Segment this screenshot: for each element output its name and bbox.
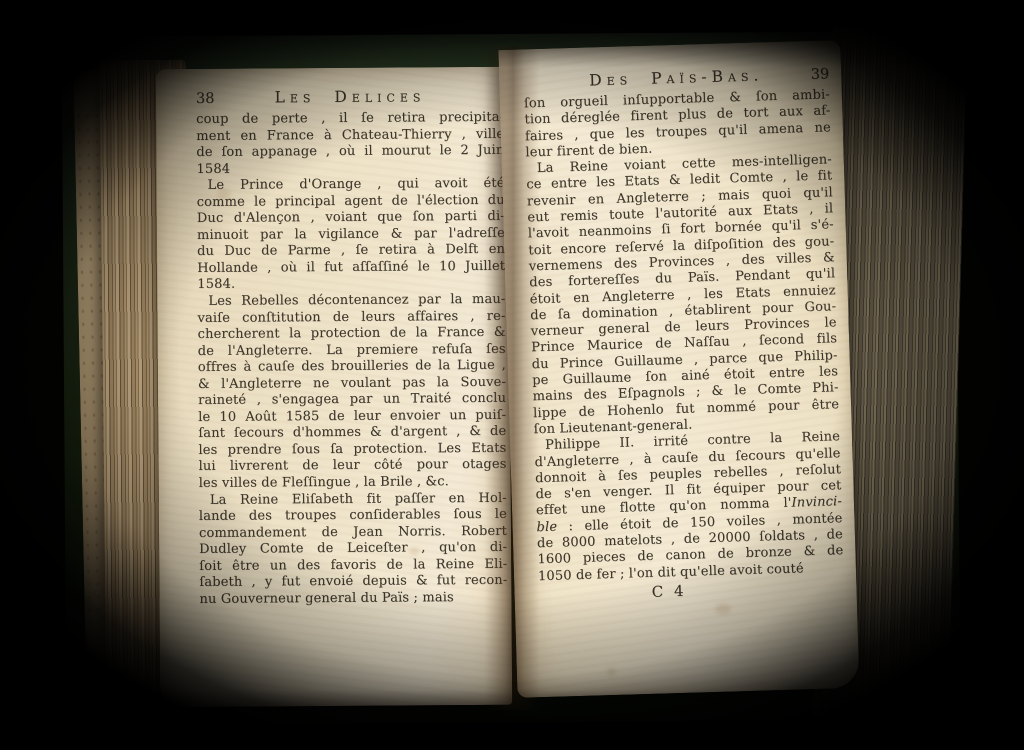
paragraph: La Reine Eliſabeth fit paſſer en Hol-lan… [199,490,508,608]
text-line: lui livrerent de leur côté pour otages [199,457,507,476]
left-running-head: 38 Les Delices [196,87,504,109]
paragraph: La Reine voiant cette mes-intelligen-ce … [526,152,840,438]
text-line: Dudley Comte de Leiceſter , qu'on di- [199,540,507,559]
text-line: Duc d'Alençon , voiant que ſon parti di- [197,209,505,228]
paragraph: coup de perte , il ſe retira precipita-m… [196,110,504,178]
text-line: offres à cauſe des brouilleries de la Li… [198,358,506,377]
paragraph: Philippe II. irrité contre la Reined'Ang… [534,429,844,585]
left-page: 38 Les Delices coup de perte , il ſe ret… [156,67,512,707]
text-line: de ſon appanage , où il mourut le 2 Juin [196,143,504,162]
right-page-body: ſon orgueil inſupportable & ſon ambi-tio… [524,87,844,585]
text-line: ſant ſecours d'hommes & d'argent , & de [198,424,506,443]
text-line: Le Prince d'Orange , qui avoit été [197,176,505,195]
paper-stain [409,547,419,555]
right-running-title: Des Païs-Bas. [547,65,805,91]
paragraph: Les Rebelles décontenancez par la mau-va… [197,292,506,493]
text-line: chercherent la protection de la France & [198,325,506,344]
paper-stain [715,603,731,614]
text-line: raineté , s'engagea par un Traité conclu [198,391,506,410]
italic-text: ble [536,519,557,535]
head-spacer [524,87,548,88]
text-line: coup de perte , il ſe retira precipita- [196,110,504,129]
left-page-body: coup de perte , il ſe retira precipita-m… [196,110,507,609]
text-line: Hollande , où il fut aſſaſſiné le 10 Jui… [197,259,505,278]
paragraph: Le Prince d'Orange , qui avoit étécomme … [197,176,506,294]
left-page-number: 38 [196,91,220,107]
text-line: du Duc de Parme , ſe retira à Delft en [197,242,505,261]
text-line: Les Rebelles décontenancez par la mau- [197,292,505,311]
paragraph: ſon orgueil inſupportable & ſon ambi-tio… [524,87,832,161]
paper-stain [217,189,231,199]
text-line: ſabeth , y fut envoié depuis & fut recon… [199,573,507,592]
right-page: Des Païs-Bas. 39 ſon orgueil inſupportab… [498,40,859,698]
italic-text: Invinci- [791,495,842,511]
left-page-text: 38 Les Delices coup de perte , il ſe ret… [196,87,508,609]
left-running-title: Les Delices [220,87,480,107]
paper-stain [607,667,616,676]
book-photo: 38 Les Delices coup de perte , il ſe ret… [0,0,1024,750]
right-page-text: Des Païs-Bas. 39 ſon orgueil inſupportab… [523,64,845,604]
right-page-number: 39 [805,66,829,83]
text-line: nu Gouverneur general du Païs ; mais [199,590,507,609]
text-line: lande des troupes conſiderables ſous le [199,507,507,526]
